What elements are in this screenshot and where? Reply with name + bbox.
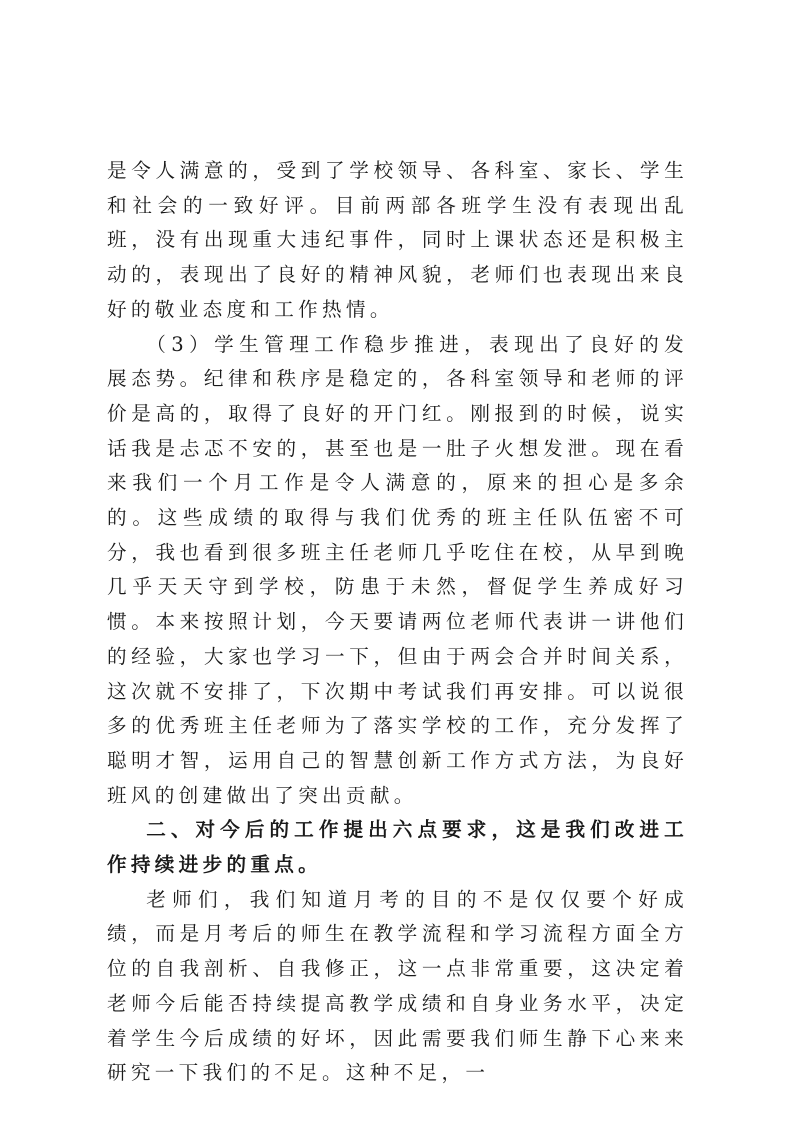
paragraph-continued: 是令人满意的，受到了学校领导、各科室、家长、学生和社会的一致好评。目前两部各班学…: [107, 154, 688, 328]
paragraph-monthly-exam: 老师们，我们知道月考的目的不是仅仅要个好成绩，而是月考后的师生在教学流程和学习流…: [107, 883, 688, 1091]
paragraph-student-management: （3）学生管理工作稳步推进，表现出了良好的发展态势。纪律和秩序是稳定的，各科室领…: [107, 328, 688, 814]
section-heading-requirements: 二、对今后的工作提出六点要求，这是我们改进工作持续进步的重点。: [107, 813, 688, 882]
document-page: 是令人满意的，受到了学校领导、各科室、家长、学生和社会的一致好评。目前两部各班学…: [107, 154, 688, 1091]
